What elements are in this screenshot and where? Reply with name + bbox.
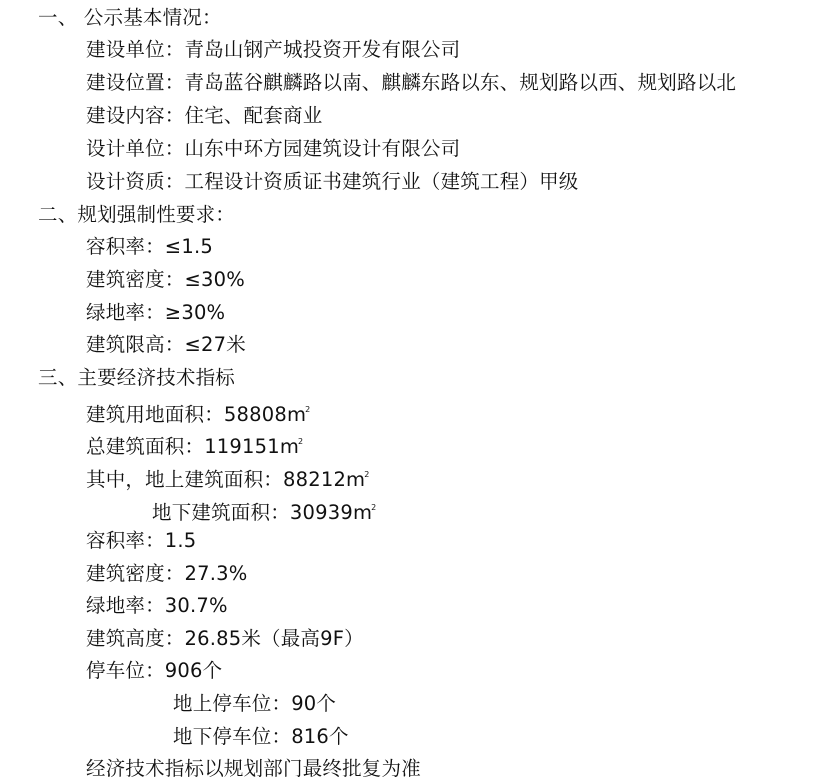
- section2-heading: 二、规划强制性要求：: [38, 199, 235, 231]
- approval-note: 经济技术指标以规划部门最终批复为准: [86, 753, 421, 783]
- total-area-value: 119151m: [204, 435, 299, 458]
- square-unit: 2: [305, 405, 310, 414]
- construction-location: 建设位置：青岛蓝谷麒麟路以南、麒麟东路以东、规划路以西、规划路以北: [86, 67, 736, 99]
- required-green-ratio: 绿地率：≥30%: [86, 297, 225, 329]
- land-area-label: 建筑用地面积：: [86, 403, 224, 426]
- square-unit: 2: [364, 470, 369, 479]
- total-area-label: 总建筑面积：: [86, 435, 204, 458]
- square-unit: 2: [371, 503, 376, 512]
- above-ground-area-value: 88212m: [283, 468, 365, 491]
- floor-area-ratio: 容积率：1.5: [86, 525, 196, 557]
- building-density: 建筑密度：27.3%: [86, 558, 247, 590]
- above-ground-area: 其中，地上建筑面积：88212m2: [86, 459, 370, 491]
- below-ground-area: 地下建筑面积：30939m2: [152, 492, 376, 524]
- required-far: 容积率：≤1.5: [86, 231, 213, 263]
- required-density: 建筑密度：≤30%: [86, 264, 245, 296]
- design-qualification: 设计资质：工程设计资质证书建筑行业（建筑工程）甲级: [86, 166, 579, 198]
- parking-above-ground: 地上停车位：90个: [173, 688, 336, 720]
- parking-total: 停车位：906个: [86, 655, 222, 687]
- below-ground-area-value: 30939m: [290, 501, 372, 524]
- required-height-limit: 建筑限高：≤27米: [86, 329, 246, 361]
- below-ground-area-label: 地下建筑面积：: [152, 501, 290, 524]
- green-ratio: 绿地率：30.7%: [86, 590, 228, 622]
- design-unit: 设计单位：山东中环方园建筑设计有限公司: [86, 133, 460, 165]
- section1-heading: 一、 公示基本情况：: [38, 2, 222, 34]
- land-area-value: 58808m: [224, 403, 306, 426]
- construction-unit: 建设单位：青岛山钢产城投资开发有限公司: [86, 34, 460, 66]
- construction-content: 建设内容：住宅、配套商业: [86, 100, 322, 132]
- above-ground-area-label: 其中，地上建筑面积：: [86, 468, 283, 491]
- parking-below-ground: 地下停车位：816个: [173, 721, 349, 753]
- section3-heading: 三、主要经济技术指标: [38, 362, 235, 394]
- land-area: 建筑用地面积：58808m2: [86, 394, 310, 426]
- total-floor-area: 总建筑面积：119151m2: [86, 426, 303, 458]
- building-height: 建筑高度：26.85米（最高9F）: [86, 623, 364, 655]
- square-unit: 2: [298, 437, 303, 446]
